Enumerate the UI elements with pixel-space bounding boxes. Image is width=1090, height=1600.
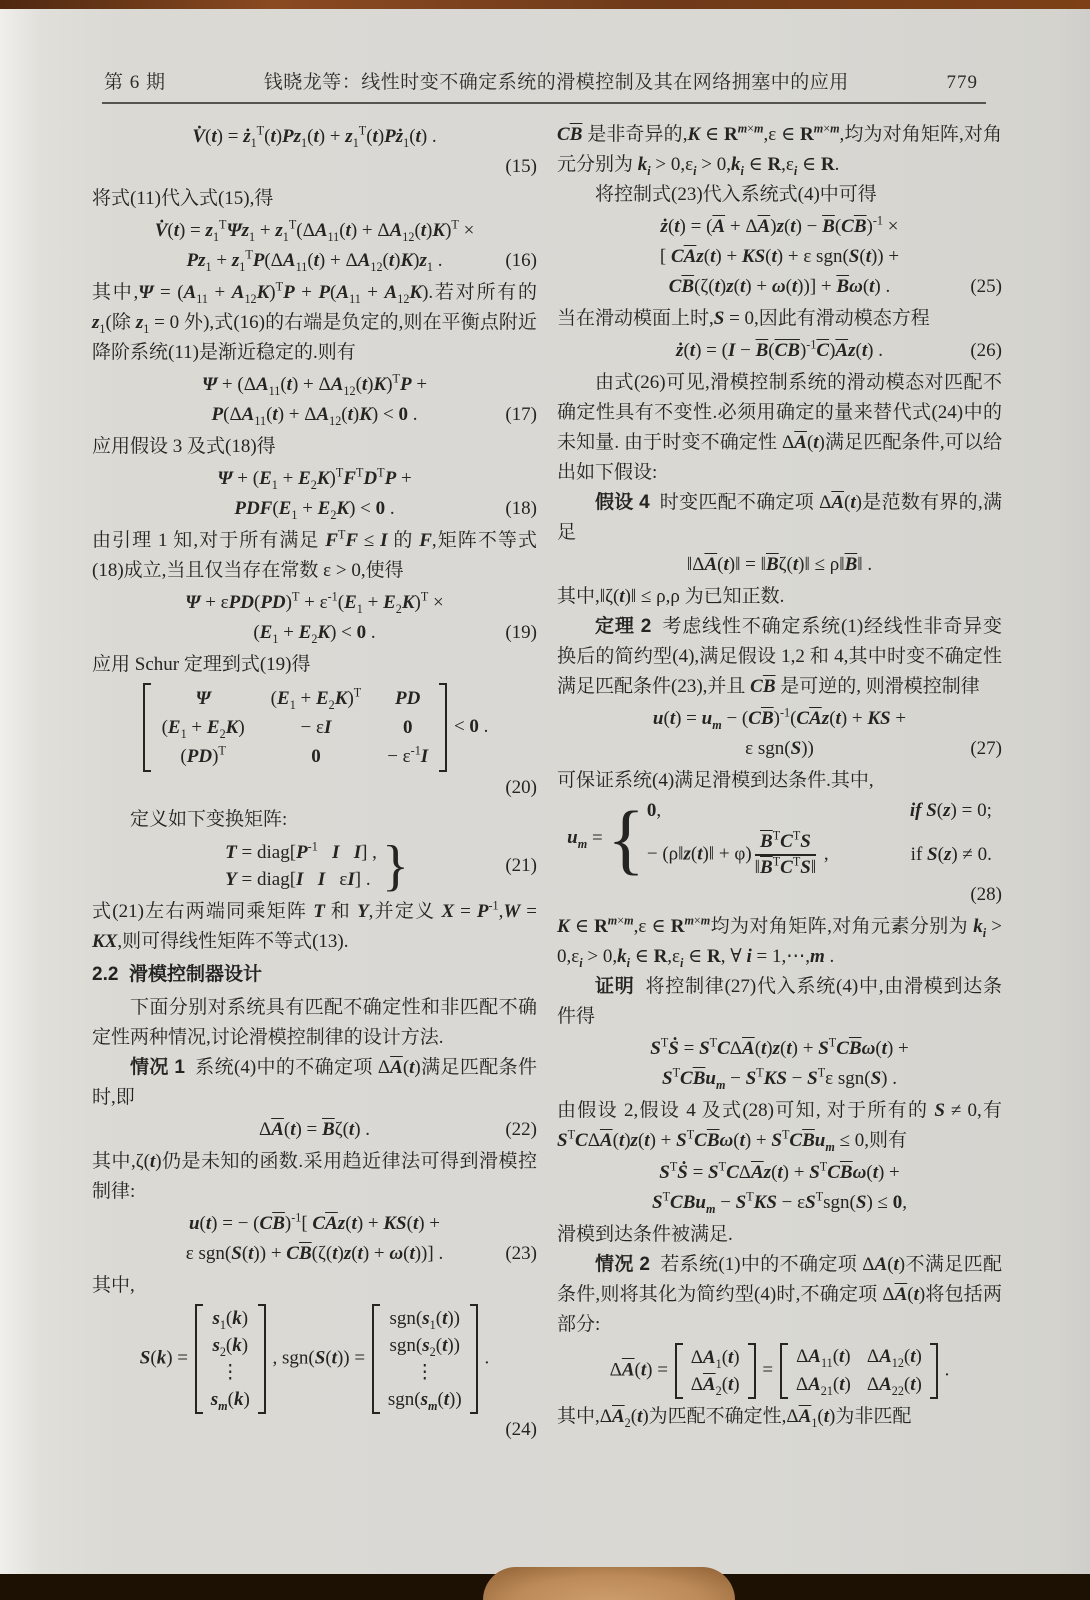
paragraph: 其中,ζ(t)仍是未知的函数.采用趋近律法可得到滑模控制律:: [92, 1147, 537, 1207]
equation: ż(t) = (A + ΔA)z(t) − B(CB)-1 ×[ CAz(t) …: [557, 212, 1002, 302]
equation-line: Ψ(E1 + E2K)TPD(E1 + E2K)− εI0(PD)T0− ε-1…: [92, 682, 537, 773]
paragraph: K ∈ Rm×m,ε ∈ Rm×m均为对角矩阵,对角元素分别为 ki > 0,ε…: [557, 912, 1002, 972]
journal-issue: 第 6 期: [104, 67, 166, 94]
right-column: CB 是非奇异的,K ∈ Rm×m,ε ∈ Rm×m,均为对角矩阵,对角元分别为…: [557, 120, 1002, 1447]
running-title: 钱晓龙等：线性时变不确定系统的滑模控制及其在网络拥塞中的应用: [166, 67, 946, 94]
equation-line: um = {0,if S(z) = 0;− (ρ‖z(t)‖ + φ)BTCTS…: [557, 798, 1002, 880]
finger: [483, 1567, 735, 1600]
equation-line: u(t) = − (CB)-1[ CAz(t) + KS(t) +: [92, 1209, 537, 1239]
paragraph: 式(21)左右两端同乘矩阵 T 和 Y,并定义 X = P-1,W = KX,则…: [92, 897, 537, 957]
equation-line: V̇(t) = z1TΨz1 + z1T(ΔA11(t) + ΔA12(t)K)…: [92, 216, 537, 246]
equation: T = diag[P-1 I I] ,Y = diag[I I εI] .}(2…: [92, 837, 537, 895]
equation: ΔA(t) = ΔA1(t)ΔA2(t) = ΔA11(t)ΔA12(t)ΔA2…: [557, 1342, 1002, 1400]
equation: Ψ + (ΔA11(t) + ΔA12(t)K)TP +P(ΔA11(t) + …: [92, 370, 537, 430]
equation-number: (19): [505, 618, 537, 648]
paragraph: 其中,Ψ = (A11 + A12K)TP + P(A11 + A12K).若对…: [92, 278, 537, 368]
equation: V̇(t) = z1TΨz1 + z1T(ΔA11(t) + ΔA12(t)K)…: [92, 216, 537, 276]
equation: STṠ = STCΔA(t)z(t) + STCBω(t) +STCBum − …: [557, 1034, 1002, 1094]
equation-line: ż(t) = (I − B(CB)-1C)Az(t) .(26): [557, 336, 1002, 366]
equation-line: (E1 + E2K) < 0 .(19): [92, 618, 537, 648]
desk-background-top: [0, 0, 1090, 9]
page-number: 779: [947, 72, 979, 94]
equation-line: STCBum − STKS − εSTsgn(S) ≤ 0,: [557, 1188, 1002, 1218]
equation-line: STṠ = STCΔA(t)z(t) + STCBω(t) +: [557, 1034, 1002, 1064]
equation: STṠ = STCΔAz(t) + STCBω(t) +STCBum − STK…: [557, 1158, 1002, 1218]
equation-line: P(ΔA11(t) + ΔA12(t)K) < 0 .(17): [92, 400, 537, 430]
equation-number: (27): [970, 734, 1002, 764]
equation-number: (17): [505, 400, 537, 430]
equation: S(k) = s1(k)s2(k)⋮sm(k) , sgn(S(t)) = sg…: [92, 1303, 537, 1445]
scanned-paper-page: { "page": { "paper_color": "#d9d8d3", "d…: [0, 0, 1090, 1600]
paragraph: CB 是非奇异的,K ∈ Rm×m,ε ∈ Rm×m,均为对角矩阵,对角元分别为…: [557, 120, 1002, 180]
equation: V̇(t) = ż1T(t)Pz1(t) + z1T(t)Pż1(t) .(15…: [92, 122, 537, 182]
equation-line: Ψ + (ΔA11(t) + ΔA12(t)K)TP +: [92, 370, 537, 400]
equation-line: ΔA(t) = ΔA1(t)ΔA2(t) = ΔA11(t)ΔA12(t)ΔA2…: [557, 1342, 1002, 1400]
equation-number: (25): [970, 272, 1002, 302]
equation-line: ‖ΔA(t)‖ = ‖Bζ(t)‖ ≤ ρ‖B‖ .: [557, 550, 1002, 580]
section-heading: 2.2 滑模控制器设计: [92, 960, 537, 990]
paragraph: 其中,: [92, 1271, 537, 1301]
equation-line: PDF(E1 + E2K) < 0 .(18): [92, 494, 537, 524]
equation-number: (23): [505, 1239, 537, 1269]
header-rule: [102, 102, 986, 104]
equation-line: S(k) = s1(k)s2(k)⋮sm(k) , sgn(S(t)) = sg…: [92, 1303, 537, 1415]
equation: ż(t) = (I − B(CB)-1C)Az(t) .(26): [557, 336, 1002, 366]
equation-number-line: (15): [92, 152, 537, 182]
equation-line: Ψ + εPD(PD)T + ε-1(E1 + E2K)T ×: [92, 588, 537, 618]
equation-number: (24): [505, 1419, 537, 1440]
equation-line: u(t) = um − (CB)-1(CAz(t) + KS +: [557, 704, 1002, 734]
equation-line: ε sgn(S))(27): [557, 734, 1002, 764]
equation-line: CB(ζ(t)z(t) + ω(t))] + Bω(t) .(25): [557, 272, 1002, 302]
paragraph: 由式(26)可见,滑模控制系统的滑动模态对匹配不确定性具有不变性.必须用确定的量…: [557, 368, 1002, 488]
paragraph: 情况 2 若系统(1)中的不确定项 ΔA(t)不满足匹配条件,则将其化为简约型(…: [557, 1250, 1002, 1340]
paragraph: 将控制式(23)代入系统式(4)中可得: [557, 180, 1002, 210]
equation-number: (26): [970, 336, 1002, 366]
equation: u(t) = um − (CB)-1(CAz(t) + KS +ε sgn(S)…: [557, 704, 1002, 764]
equation-number: (18): [505, 494, 537, 524]
equation-number: (28): [970, 884, 1002, 905]
equation: ΔA(t) = Bζ(t) .(22): [92, 1115, 537, 1145]
paragraph: 其中,‖ζ(t)‖ ≤ ρ,ρ 为已知正数.: [557, 582, 1002, 612]
paragraph: 将式(11)代入式(15),得: [92, 184, 537, 214]
paragraph: 定义如下变换矩阵:: [92, 805, 537, 835]
paragraph: 由假设 2,假设 4 及式(28)可知, 对于所有的 S ≠ 0,有 STCΔA…: [557, 1096, 1002, 1156]
equation-number: (15): [505, 156, 537, 177]
paragraph: 由引理 1 知,对于所有满足 FTF ≤ I 的 F,矩阵不等式(18)成立,当…: [92, 526, 537, 586]
paragraph: 证明 将控制律(27)代入系统(4)中,由滑模到达条件得: [557, 972, 1002, 1032]
equation: Ψ(E1 + E2K)TPD(E1 + E2K)− εI0(PD)T0− ε-1…: [92, 682, 537, 803]
page-header: 第 6 期 钱晓龙等：线性时变不确定系统的滑模控制及其在网络拥塞中的应用 779: [0, 9, 1090, 100]
equation: Ψ + εPD(PD)T + ε-1(E1 + E2K)T ×(E1 + E2K…: [92, 588, 537, 648]
equation-number-line: (28): [557, 880, 1002, 910]
paragraph: 假设 4 时变匹配不确定项 ΔA(t)是范数有界的,满足: [557, 488, 1002, 548]
paragraph: 应用 Schur 定理到式(19)得: [92, 650, 537, 680]
paragraph: 下面分别对系统具有匹配不确定性和非匹配不确定性两种情况,讨论滑模控制律的设计方法…: [92, 993, 537, 1053]
equation-number: (20): [505, 777, 537, 798]
equation-number: (16): [505, 246, 537, 276]
equation: Ψ + (E1 + E2K)TFTDTP +PDF(E1 + E2K) < 0 …: [92, 464, 537, 524]
equation-line: Pz1 + z1TP(ΔA11(t) + ΔA12(t)K)z1 .(16): [92, 246, 537, 276]
equation-line: V̇(t) = ż1T(t)Pz1(t) + z1T(t)Pż1(t) .: [92, 122, 537, 152]
left-column: V̇(t) = ż1T(t)Pz1(t) + z1T(t)Pż1(t) .(15…: [92, 120, 537, 1447]
equation-line: Ψ + (E1 + E2K)TFTDTP +: [92, 464, 537, 494]
two-column-body: V̇(t) = ż1T(t)Pz1(t) + z1T(t)Pż1(t) .(15…: [0, 114, 1090, 1447]
equation: u(t) = − (CB)-1[ CAz(t) + KS(t) +ε sgn(S…: [92, 1209, 537, 1269]
paragraph: 定理 2 考虑线性不确定系统(1)经线性非奇异变换后的简约型(4),满足假设 1…: [557, 612, 1002, 702]
equation: ‖ΔA(t)‖ = ‖Bζ(t)‖ ≤ ρ‖B‖ .: [557, 550, 1002, 580]
equation-line: STCBum − STKS − STε sgn(S) .: [557, 1064, 1002, 1094]
equation-line: [ CAz(t) + KS(t) + ε sgn(S(t)) +: [557, 242, 1002, 272]
equation-line: STṠ = STCΔAz(t) + STCBω(t) +: [557, 1158, 1002, 1188]
equation-line: ΔA(t) = Bζ(t) .(22): [92, 1115, 537, 1145]
paragraph: 当在滑动模面上时,S = 0,因此有滑动模态方程: [557, 304, 1002, 334]
paragraph: 可保证系统(4)满足滑模到达条件.其中,: [557, 766, 1002, 796]
equation-line: T = diag[P-1 I I] ,Y = diag[I I εI] .}: [92, 837, 537, 895]
equation-number-line: (20): [92, 773, 537, 803]
equation-number: (22): [505, 1115, 537, 1145]
equation-number: (21): [505, 851, 537, 881]
paragraph: 其中,ΔA2(t)为匹配不确定性,ΔA1(t)为非匹配: [557, 1402, 1002, 1432]
paragraph: 情况 1 系统(4)中的不确定项 ΔA(t)满足匹配条件时,即: [92, 1053, 537, 1113]
equation-number-line: (24): [92, 1415, 537, 1445]
paragraph: 滑模到达条件被满足.: [557, 1220, 1002, 1250]
page: 第 6 期 钱晓龙等：线性时变不确定系统的滑模控制及其在网络拥塞中的应用 779…: [0, 9, 1090, 1574]
paragraph: 应用假设 3 及式(18)得: [92, 432, 537, 462]
equation: um = {0,if S(z) = 0;− (ρ‖z(t)‖ + φ)BTCTS…: [557, 798, 1002, 910]
equation-line: ż(t) = (A + ΔA)z(t) − B(CB)-1 ×: [557, 212, 1002, 242]
equation-line: ε sgn(S(t)) + CB(ζ(t)z(t) + ω(t))] .(23): [92, 1239, 537, 1269]
